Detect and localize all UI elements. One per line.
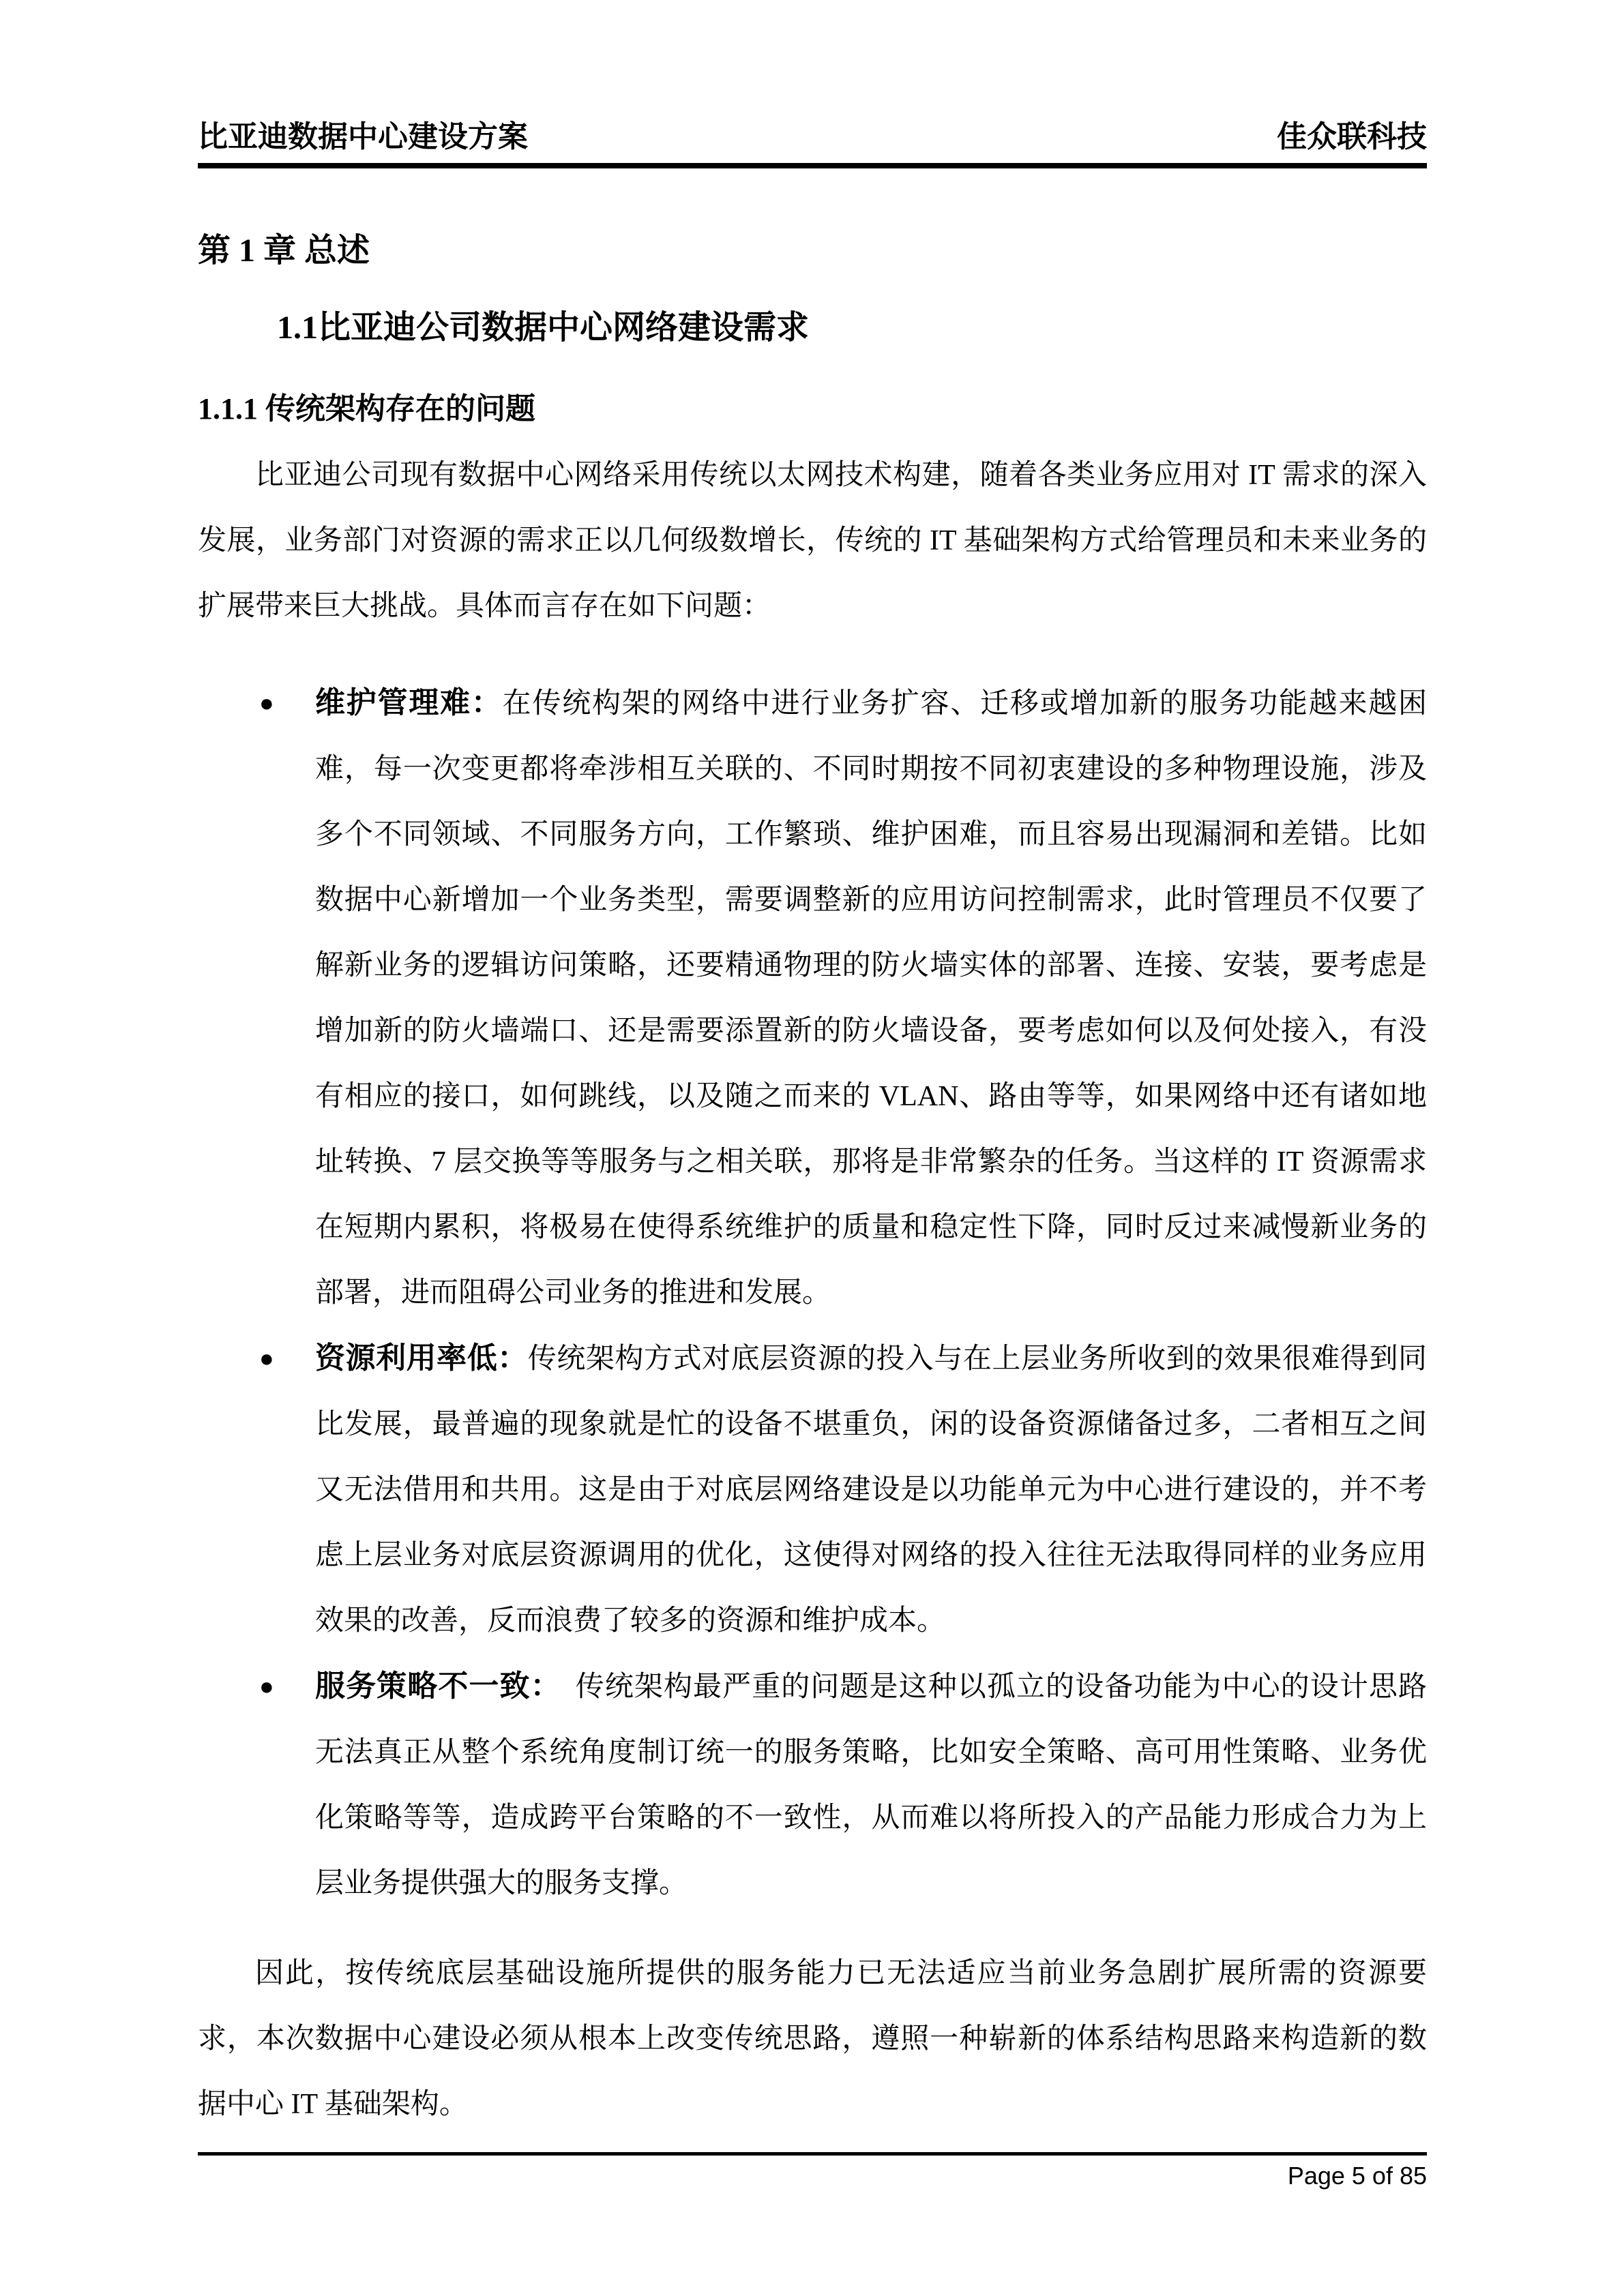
list-item: ●资源利用率低：传统架构方式对底层资源的投入与在上层业务所收到的效果很难得到同比… <box>198 1326 1427 1654</box>
chapter-heading: 第 1 章 总述 <box>198 231 1427 271</box>
section-heading: 1.1比亚迪公司数据中心网络建设需求 <box>277 308 1427 348</box>
header-doc-title: 比亚迪数据中心建设方案 <box>198 120 528 155</box>
page-number: Page 5 of 85 <box>1288 2162 1427 2190</box>
bullet-label: 维护管理难： <box>315 686 503 719</box>
bullet-label: 服务策略不一致： <box>315 1669 546 1703</box>
bullet-icon: ● <box>259 1326 274 1391</box>
page-footer: Page 5 of 85 <box>198 2152 1427 2190</box>
document-page: 比亚迪数据中心建设方案 佳众联科技 第 1 章 总述 1.1比亚迪公司数据中心网… <box>0 0 1624 2296</box>
bullet-label: 资源利用率低： <box>315 1341 528 1375</box>
intro-paragraph: 比亚迪公司现有数据中心网络采用传统以太网技术构建，随着各类业务应用对 IT 需求… <box>198 443 1427 639</box>
bullet-text: 在传统构架的网络中进行业务扩容、迁移或增加新的服务功能越来越困难，每一次变更都将… <box>315 688 1427 1309</box>
problem-list: ●维护管理难：在传统构架的网络中进行业务扩容、迁移或增加新的服务功能越来越困难，… <box>198 670 1427 1916</box>
header-company-name: 佳众联科技 <box>1277 120 1427 155</box>
bullet-icon: ● <box>259 1654 274 1719</box>
list-item: ●维护管理难：在传统构架的网络中进行业务扩容、迁移或增加新的服务功能越来越困难，… <box>198 670 1427 1326</box>
list-item: ●服务策略不一致： 传统架构最严重的问题是这种以孤立的设备功能为中心的设计思路无… <box>198 1654 1427 1916</box>
subsection-heading: 1.1.1 传统架构存在的问题 <box>198 391 1427 428</box>
page-header: 比亚迪数据中心建设方案 佳众联科技 <box>198 120 1427 168</box>
bullet-text: 传统架构最严重的问题是这种以孤立的设备功能为中心的设计思路无法真正从整个系统角度… <box>315 1671 1427 1899</box>
bullet-icon: ● <box>259 670 274 736</box>
bullet-text: 传统架构方式对底层资源的投入与在上层业务所收到的效果很难得到同比发展，最普遍的现… <box>315 1343 1427 1637</box>
conclusion-paragraph: 因此，按传统底层基础设施所提供的服务能力已无法适应当前业务急剧扩展所需的资源要求… <box>198 1941 1427 2137</box>
